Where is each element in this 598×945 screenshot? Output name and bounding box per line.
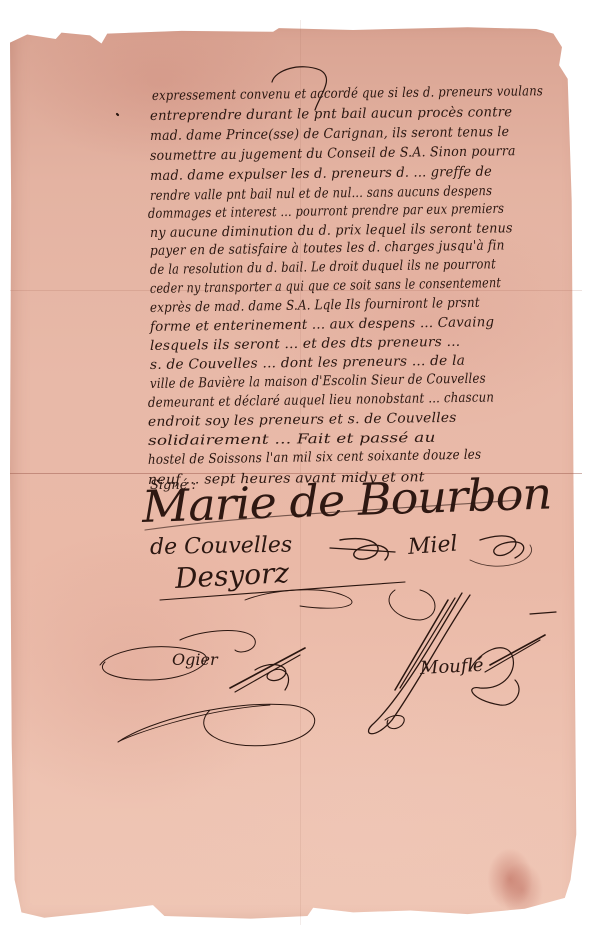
text-line: de la resolution du d. bail. Le droit du… [150, 256, 496, 278]
signature-de-couvelles: de Couvelles [150, 533, 293, 560]
text-line: soumettre au jugement du Conseil de S.A.… [150, 143, 516, 164]
signature-ogier: Ogier [172, 650, 218, 669]
text-line: expressement convenu et accordé que si l… [152, 83, 543, 104]
text-line: entreprendre durant le pnt bail aucun pr… [150, 104, 512, 124]
signature-miel: Miel [407, 532, 458, 560]
text-line: payer en de satisfaire à toutes les d. c… [150, 237, 505, 259]
text-line: dommages et interest ... pourront prendr… [148, 201, 504, 222]
text-line: lesquels ils seront ... et des dts prene… [150, 334, 461, 354]
text-line: endroit soy les preneurs et s. de Couvel… [148, 410, 457, 430]
text-line: hostel de Soissons l'an mil six cent soi… [148, 447, 481, 468]
text-line: demeurant et déclaré auquel lieu nonobst… [148, 389, 494, 411]
text-line: ville de Bavière la maison d'Escolin Sie… [150, 371, 486, 392]
text-line: forme et enterinement ... aux despens ..… [150, 314, 494, 335]
text-line: solidairement ... Fait et passé au [148, 430, 436, 449]
signature-moufle: Mouflé [419, 655, 484, 679]
text-line: s. de Couvelles ... dont les preneurs ..… [150, 353, 465, 373]
text-line: exprès de mad. dame S.A. Lqle Ils fourni… [150, 295, 480, 316]
text-line: mad. dame expulser les d. preneurs d. ..… [150, 164, 492, 184]
signature-desyorz: Desyorz [174, 556, 290, 595]
text-line: ceder ny transporter a qui que ce soit s… [150, 275, 501, 297]
text-line: mad. dame Prince(sse) de Carignan, ils s… [150, 124, 509, 144]
